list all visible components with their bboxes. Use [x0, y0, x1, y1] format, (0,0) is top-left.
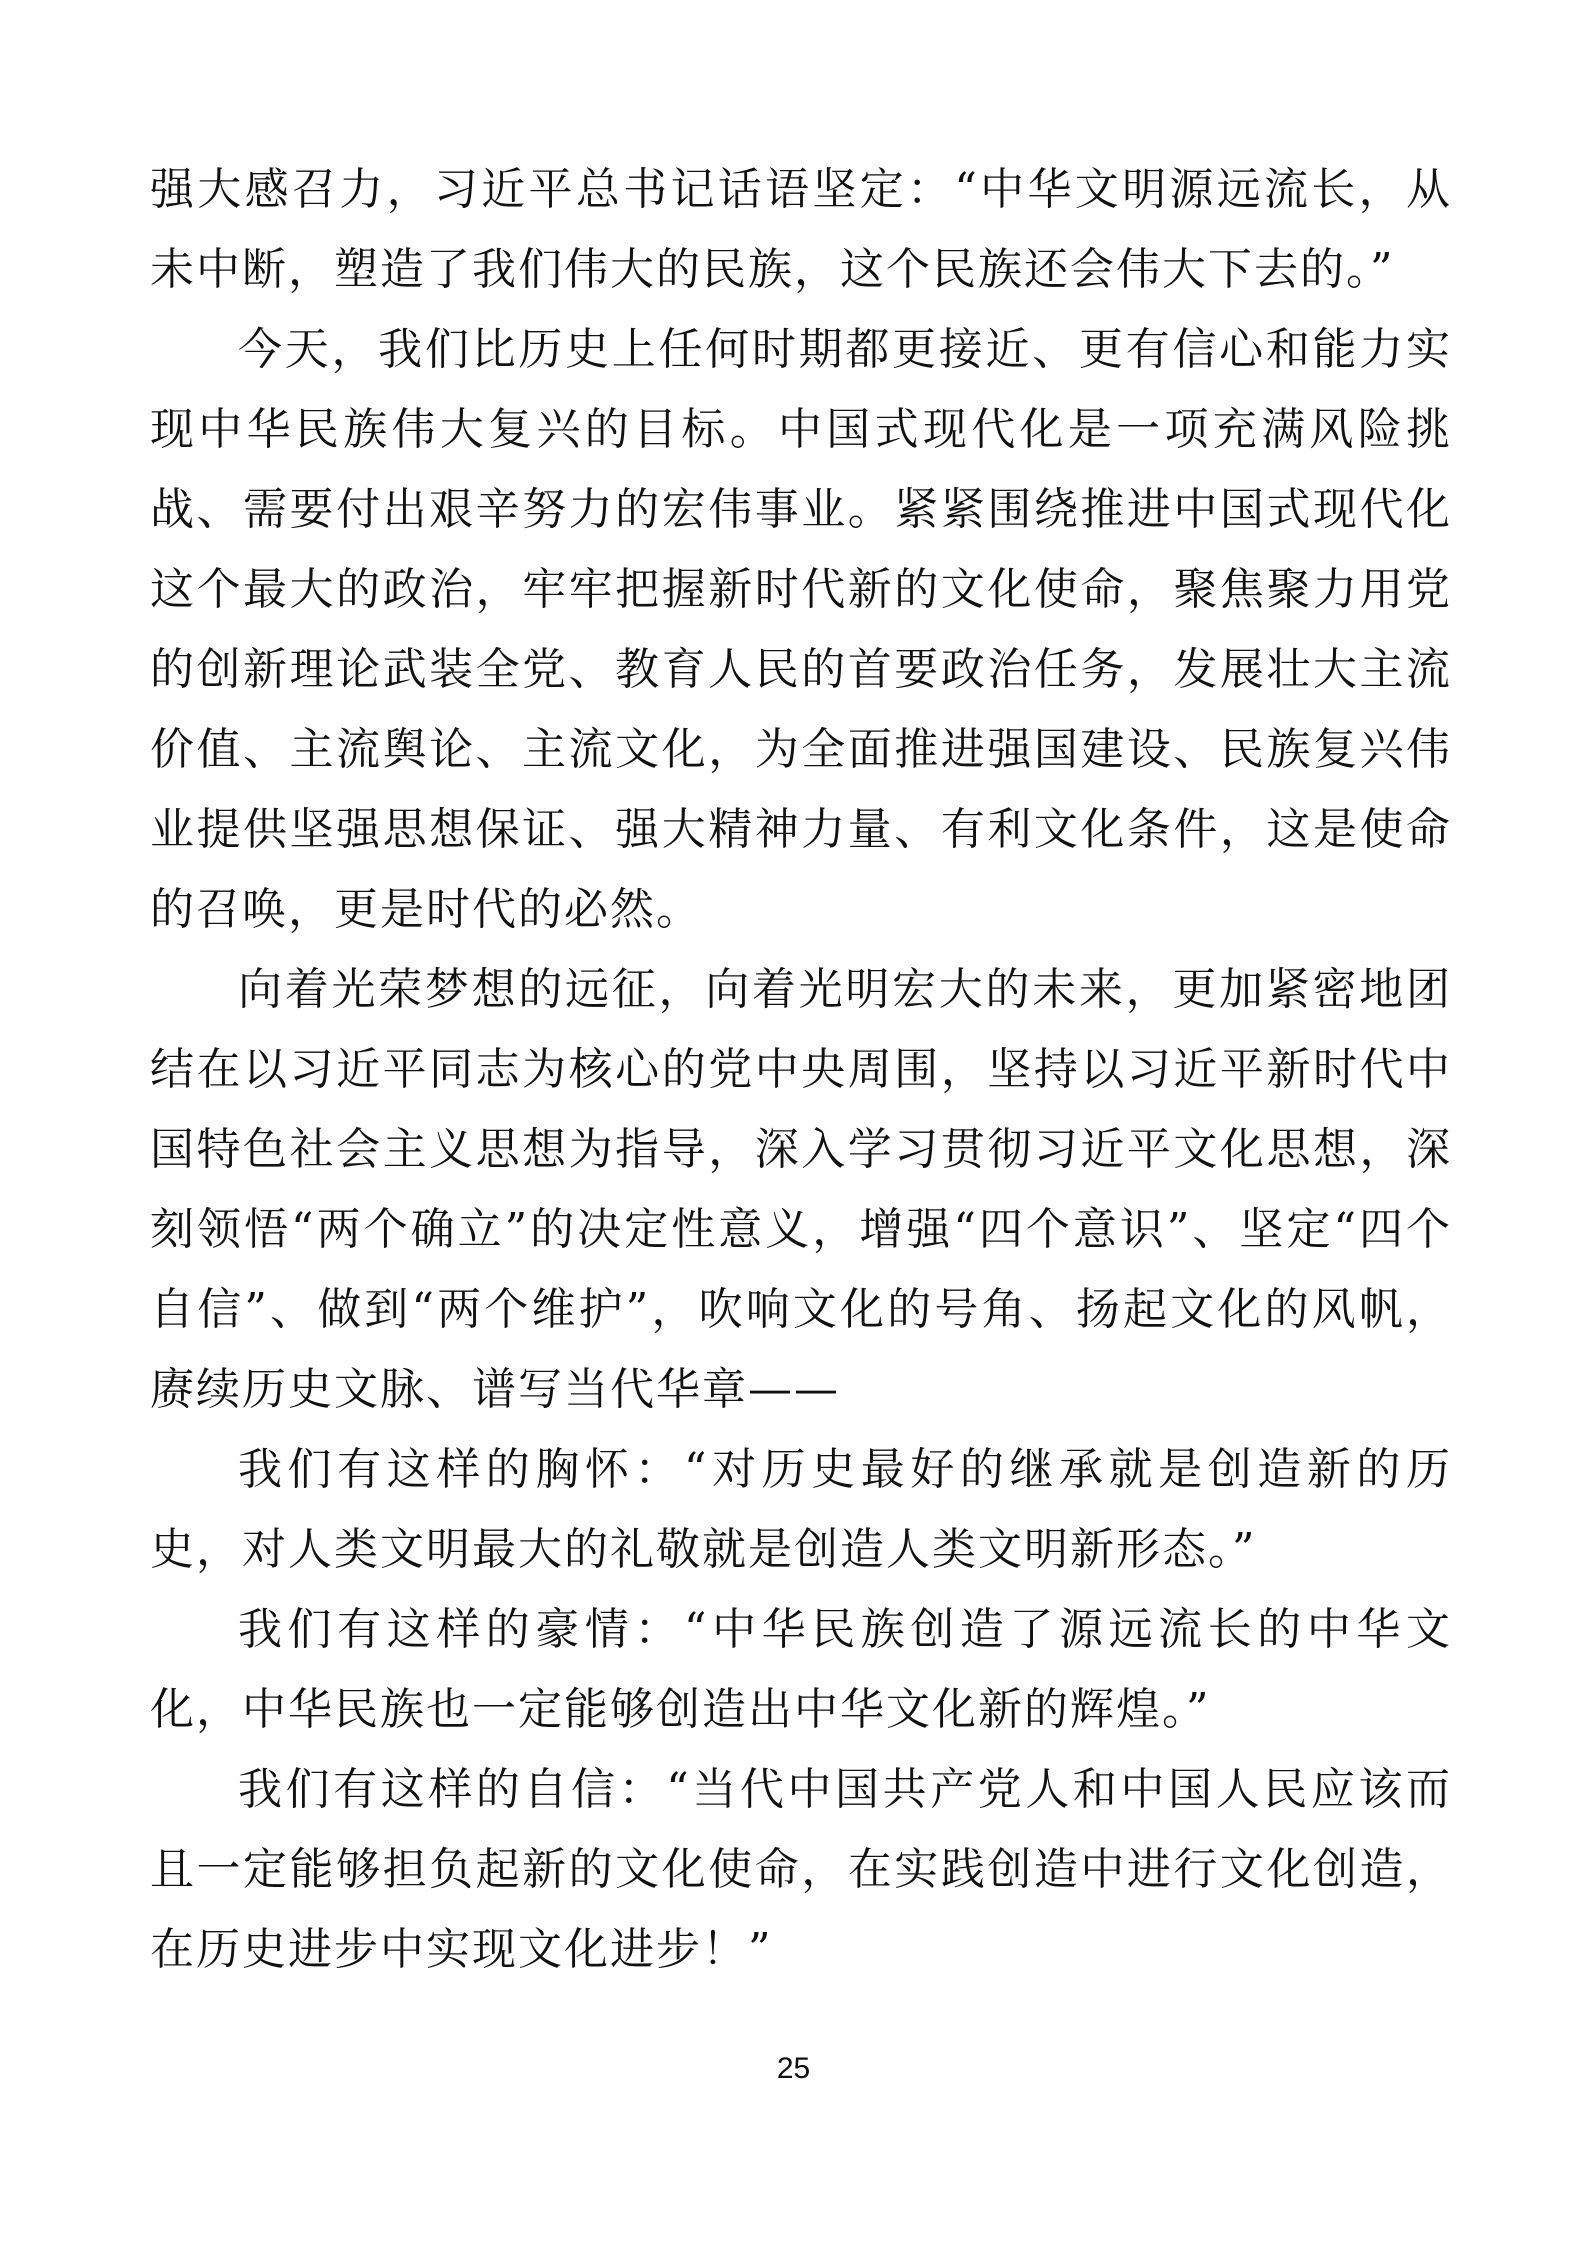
- page-number: 25: [777, 2052, 810, 2085]
- document-page: 强大感召力，习近平总书记话语坚定：“中华文明源远流长，从未中断，塑造了我们伟大的…: [0, 0, 1587, 2245]
- paragraph: 向着光荣梦想的远征，向着光明宏大的未来，更加紧密地团结在以习近平同志为核心的党中…: [150, 950, 1452, 1430]
- paragraph: 强大感召力，习近平总书记话语坚定：“中华文明源远流长，从未中断，塑造了我们伟大的…: [150, 150, 1452, 310]
- page-footer: 25: [0, 2052, 1587, 2086]
- paragraph: 今天，我们比历史上任何时期都更接近、更有信心和能力实现中华民族伟大复兴的目标。中…: [150, 310, 1452, 950]
- paragraph: 我们有这样的自信：“当代中国共产党人和中国人民应该而且一定能够担负起新的文化使命…: [150, 1750, 1452, 1990]
- paragraph: 我们有这样的豪情：“中华民族创造了源远流长的中华文化，中华民族也一定能够创造出中…: [150, 1590, 1452, 1750]
- paragraph: 我们有这样的胸怀：“对历史最好的继承就是创造新的历史，对人类文明最大的礼敬就是创…: [150, 1430, 1452, 1590]
- page-body: 强大感召力，习近平总书记话语坚定：“中华文明源远流长，从未中断，塑造了我们伟大的…: [150, 150, 1452, 1990]
